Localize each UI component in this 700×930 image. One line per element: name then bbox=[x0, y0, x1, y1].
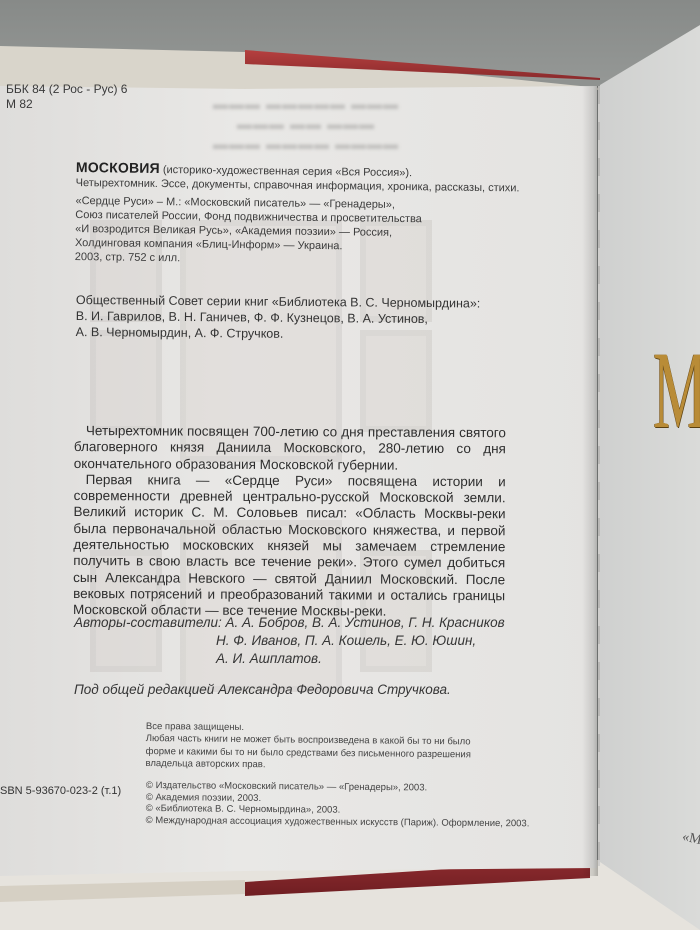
bbk-code: ББК 84 (2 Рос - Рус) 6 bbox=[6, 82, 127, 97]
author-mark: М 82 bbox=[6, 97, 127, 112]
classification-block: ББК 84 (2 Рос - Рус) 6 М 82 bbox=[6, 82, 127, 112]
page-gutter-shadow bbox=[582, 86, 598, 876]
annotation: Четырехтомник посвящен 700-летию со дня … bbox=[73, 423, 506, 621]
right-page bbox=[600, 0, 700, 930]
compilers: Авторы-составители: А. А. Бобров, В. А. … bbox=[74, 614, 505, 668]
isbn: SBN 5-93670-023-2 (т.1) bbox=[0, 785, 121, 797]
annotation-paragraph: Четырехтомник посвящен 700-летию со дня … bbox=[74, 423, 506, 474]
annotation-paragraph: Первая книга — «Сердце Руси» посвящена и… bbox=[73, 472, 506, 621]
public-council: Общественный Совет серии книг «Библиотек… bbox=[76, 292, 481, 344]
show-through-text: ▬▬▬ ▬▬▬▬▬ ▬▬▬▬▬▬ ▬▬ ▬▬▬▬▬▬▬ ▬▬▬▬ ▬▬▬ bbox=[170, 95, 440, 165]
compilers-line: А. А. Бобров, В. А. Устинов, Г. Н. Красн… bbox=[222, 615, 505, 630]
compilers-line: Н. Ф. Иванов, П. А. Кошель, Е. Ю. Юшин, bbox=[74, 632, 505, 650]
compilers-label: Авторы-составители: bbox=[74, 615, 222, 630]
bibliographic-description: МОСКОВИЯ (историко-художественная серия … bbox=[75, 160, 520, 269]
right-page-title-letter: М bbox=[653, 335, 700, 445]
copyright-block: © Издательство «Московский писатель» — «… bbox=[146, 780, 530, 830]
book-title: МОСКОВИЯ bbox=[76, 159, 160, 176]
general-editor: Под общей редакцией Александра Федорович… bbox=[74, 682, 451, 697]
compilers-line: А. И. Ашплатов. bbox=[74, 650, 505, 668]
rights-notice: Все права защищены. Любая часть книги не… bbox=[145, 721, 471, 774]
binding-stitch bbox=[598, 86, 600, 866]
